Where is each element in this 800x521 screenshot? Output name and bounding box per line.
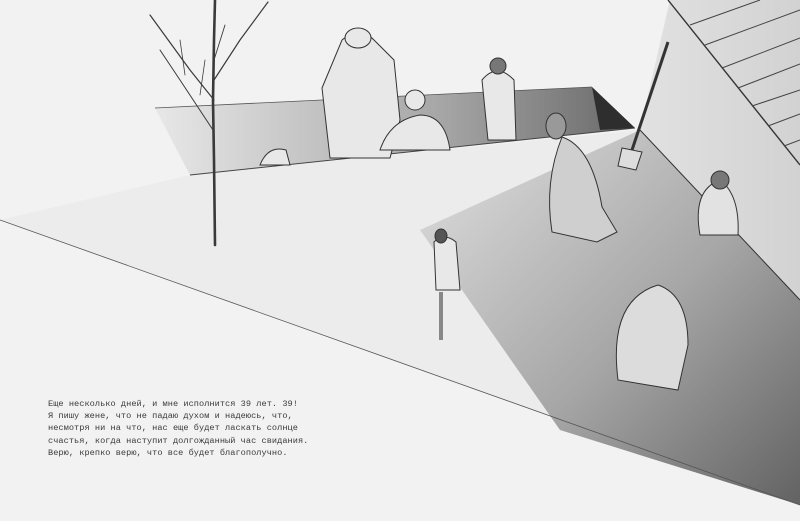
caption-line: Верю, крепко верю, что все будет благопо… bbox=[48, 447, 348, 459]
caption-text: Еще несколько дней, и мне исполнится 39 … bbox=[48, 398, 348, 459]
caption-line: счастья, когда наступит долгожданный час… bbox=[48, 435, 348, 447]
caption-line: Я пишу жене, что не падаю духом и надеюс… bbox=[48, 410, 348, 422]
caption-line: несмотря ни на что, нас еще будет ласкат… bbox=[48, 422, 348, 434]
caption-line: Еще несколько дней, и мне исполнится 39 … bbox=[48, 398, 348, 410]
